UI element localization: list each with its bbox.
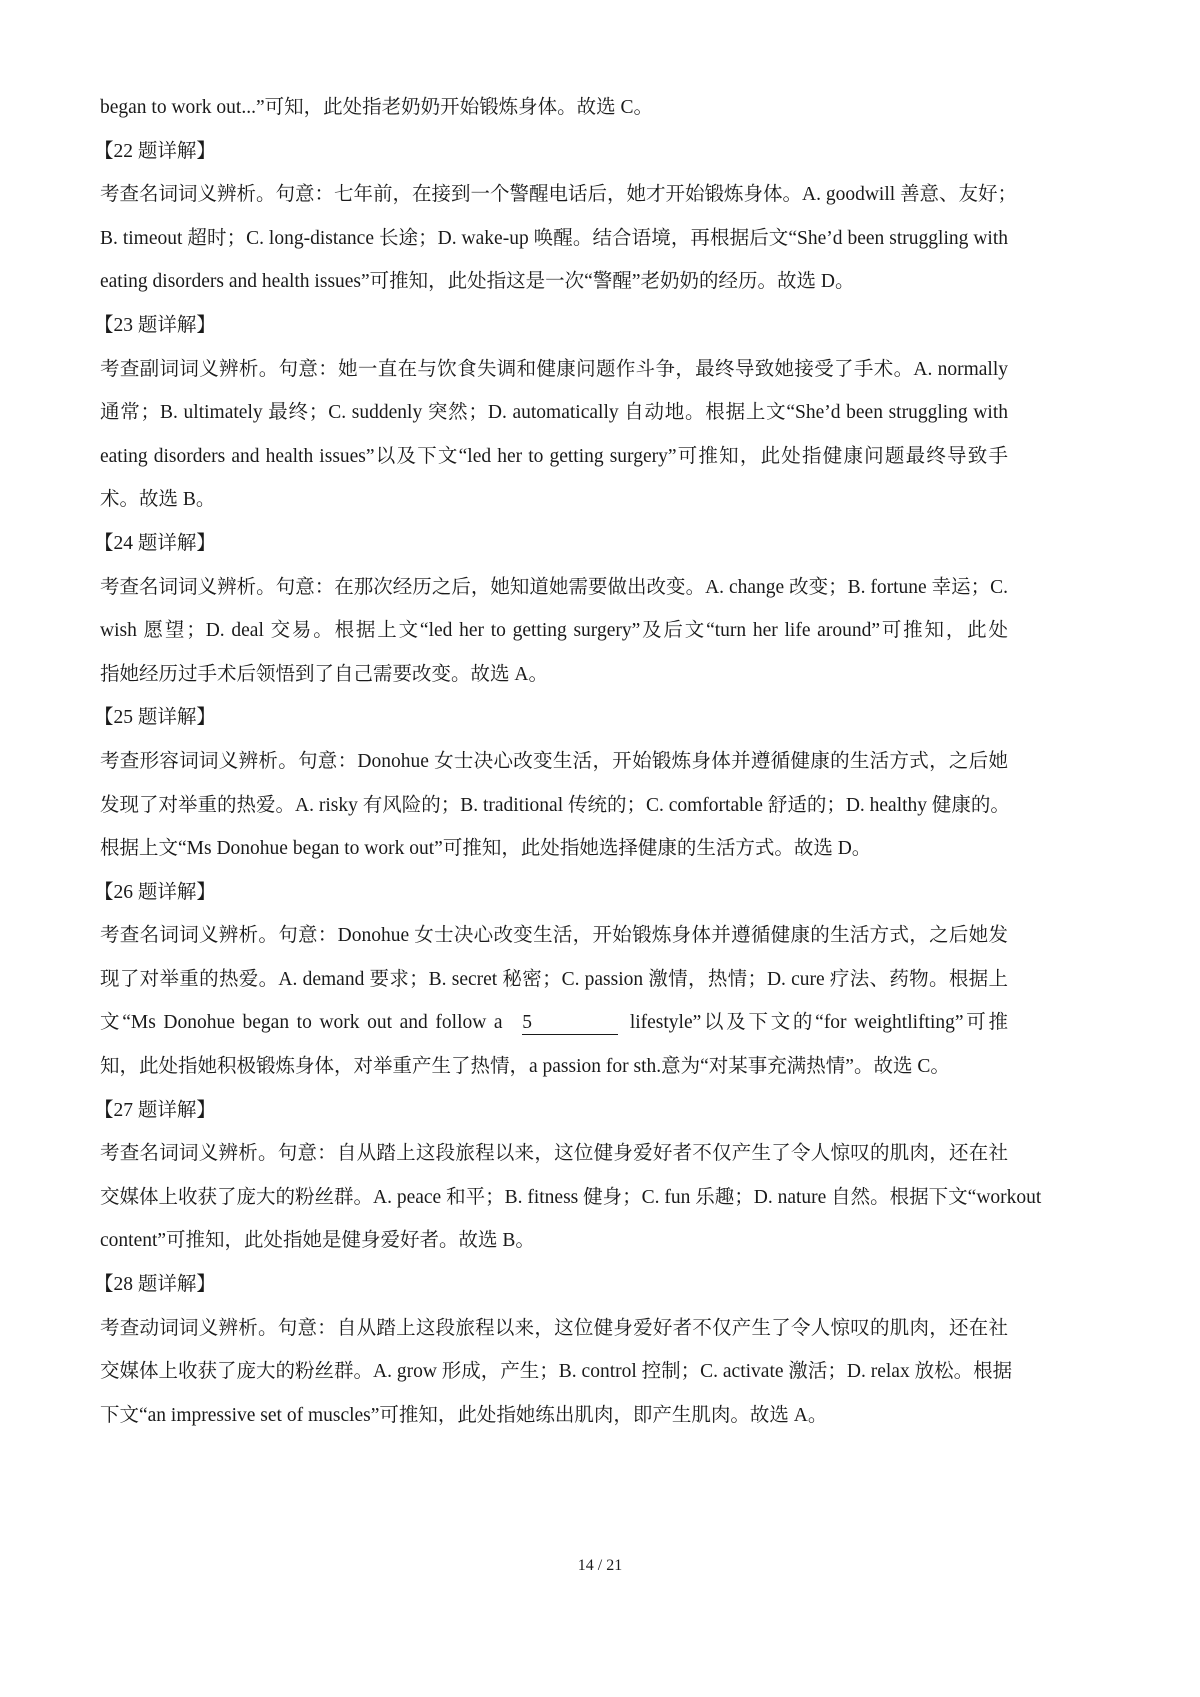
paragraph-line: eating disorders and health issues”可推知，此… bbox=[100, 262, 1008, 306]
section-heading-26: 【26 题详解】 bbox=[94, 873, 1008, 917]
section-heading-24: 【24 题详解】 bbox=[94, 524, 1008, 568]
section-heading-22: 【22 题详解】 bbox=[94, 132, 1008, 176]
paragraph-line: 通常；B. ultimately 最终；C. suddenly 突然；D. au… bbox=[100, 393, 1008, 437]
paragraph-line: 知，此处指她积极锻炼身体，对举重产生了热情，a passion for sth.… bbox=[100, 1047, 1008, 1091]
paragraph-line: 下文“an impressive set of muscles”可推知，此处指她… bbox=[100, 1396, 1008, 1440]
page-number: 14 / 21 bbox=[0, 1557, 1200, 1575]
fill-in-blank: 5 bbox=[522, 1012, 618, 1035]
section-heading-23: 【23 题详解】 bbox=[94, 306, 1008, 350]
intro-line: began to work out...”可知，此处指老奶奶开始锻炼身体。故选 … bbox=[100, 88, 1008, 132]
paragraph-line: content”可推知，此处指她是健身爱好者。故选 B。 bbox=[100, 1221, 1008, 1265]
paragraph-line: 考查副词词义辨析。句意：她一直在与饮食失调和健康问题作斗争，最终导致她接受了手术… bbox=[100, 350, 1008, 394]
paragraph-line: 现了对举重的热爱。A. demand 要求；B. secret 秘密；C. pa… bbox=[100, 960, 1008, 1004]
paragraph-line: 交媒体上收获了庞大的粉丝群。A. peace 和平；B. fitness 健身；… bbox=[100, 1178, 1008, 1222]
section-heading-25: 【25 题详解】 bbox=[94, 698, 1008, 742]
paragraph-line: eating disorders and health issues”以及下文“… bbox=[100, 437, 1008, 481]
paragraph-line: 考查名词词义辨析。句意：在那次经历之后，她知道她需要做出改变。A. change… bbox=[100, 568, 1008, 612]
paragraph-line: 考查形容词词义辨析。句意：Donohue 女士决心改变生活，开始锻炼身体并遵循健… bbox=[100, 742, 1008, 786]
paragraph-line: 考查名词词义辨析。句意：Donohue 女士决心改变生活，开始锻炼身体并遵循健康… bbox=[100, 916, 1008, 960]
paragraph-line: B. timeout 超时；C. long-distance 长途；D. wak… bbox=[100, 219, 1008, 263]
blank-line-after-text: lifestyle”以及下文的“for weightlifting”可推 bbox=[630, 1012, 1008, 1033]
paragraph-line: 根据上文“Ms Donohue began to work out”可推知，此处… bbox=[100, 829, 1008, 873]
paragraph-line: 术。故选 B。 bbox=[100, 480, 1008, 524]
paragraph-line: wish 愿望；D. deal 交易。根据上文“led her to getti… bbox=[100, 611, 1008, 655]
paragraph-line: 考查名词词义辨析。句意：自从踏上这段旅程以来，这位健身爱好者不仅产生了令人惊叹的… bbox=[100, 1134, 1008, 1178]
paragraph-line: 指她经历过手术后领悟到了自己需要改变。故选 A。 bbox=[100, 655, 1008, 699]
paragraph-line: 考查动词词义辨析。句意：自从踏上这段旅程以来，这位健身爱好者不仅产生了令人惊叹的… bbox=[100, 1309, 1008, 1353]
paragraph-line-with-blank: 文“Ms Donohue began to work out and follo… bbox=[100, 1003, 1008, 1047]
blank-line-before-text: 文“Ms Donohue began to work out and follo… bbox=[100, 1012, 503, 1033]
paragraph-line: 考查名词词义辨析。句意：七年前，在接到一个警醒电话后，她才开始锻炼身体。A. g… bbox=[100, 175, 1008, 219]
section-heading-28: 【28 题详解】 bbox=[94, 1265, 1008, 1309]
section-heading-27: 【27 题详解】 bbox=[94, 1091, 1008, 1135]
document-page: began to work out...”可知，此处指老奶奶开始锻炼身体。故选 … bbox=[100, 88, 1008, 1439]
paragraph-line: 发现了对举重的热爱。A. risky 有风险的；B. traditional 传… bbox=[100, 786, 1008, 830]
paragraph-line: 交媒体上收获了庞大的粉丝群。A. grow 形成，产生；B. control 控… bbox=[100, 1352, 1008, 1396]
